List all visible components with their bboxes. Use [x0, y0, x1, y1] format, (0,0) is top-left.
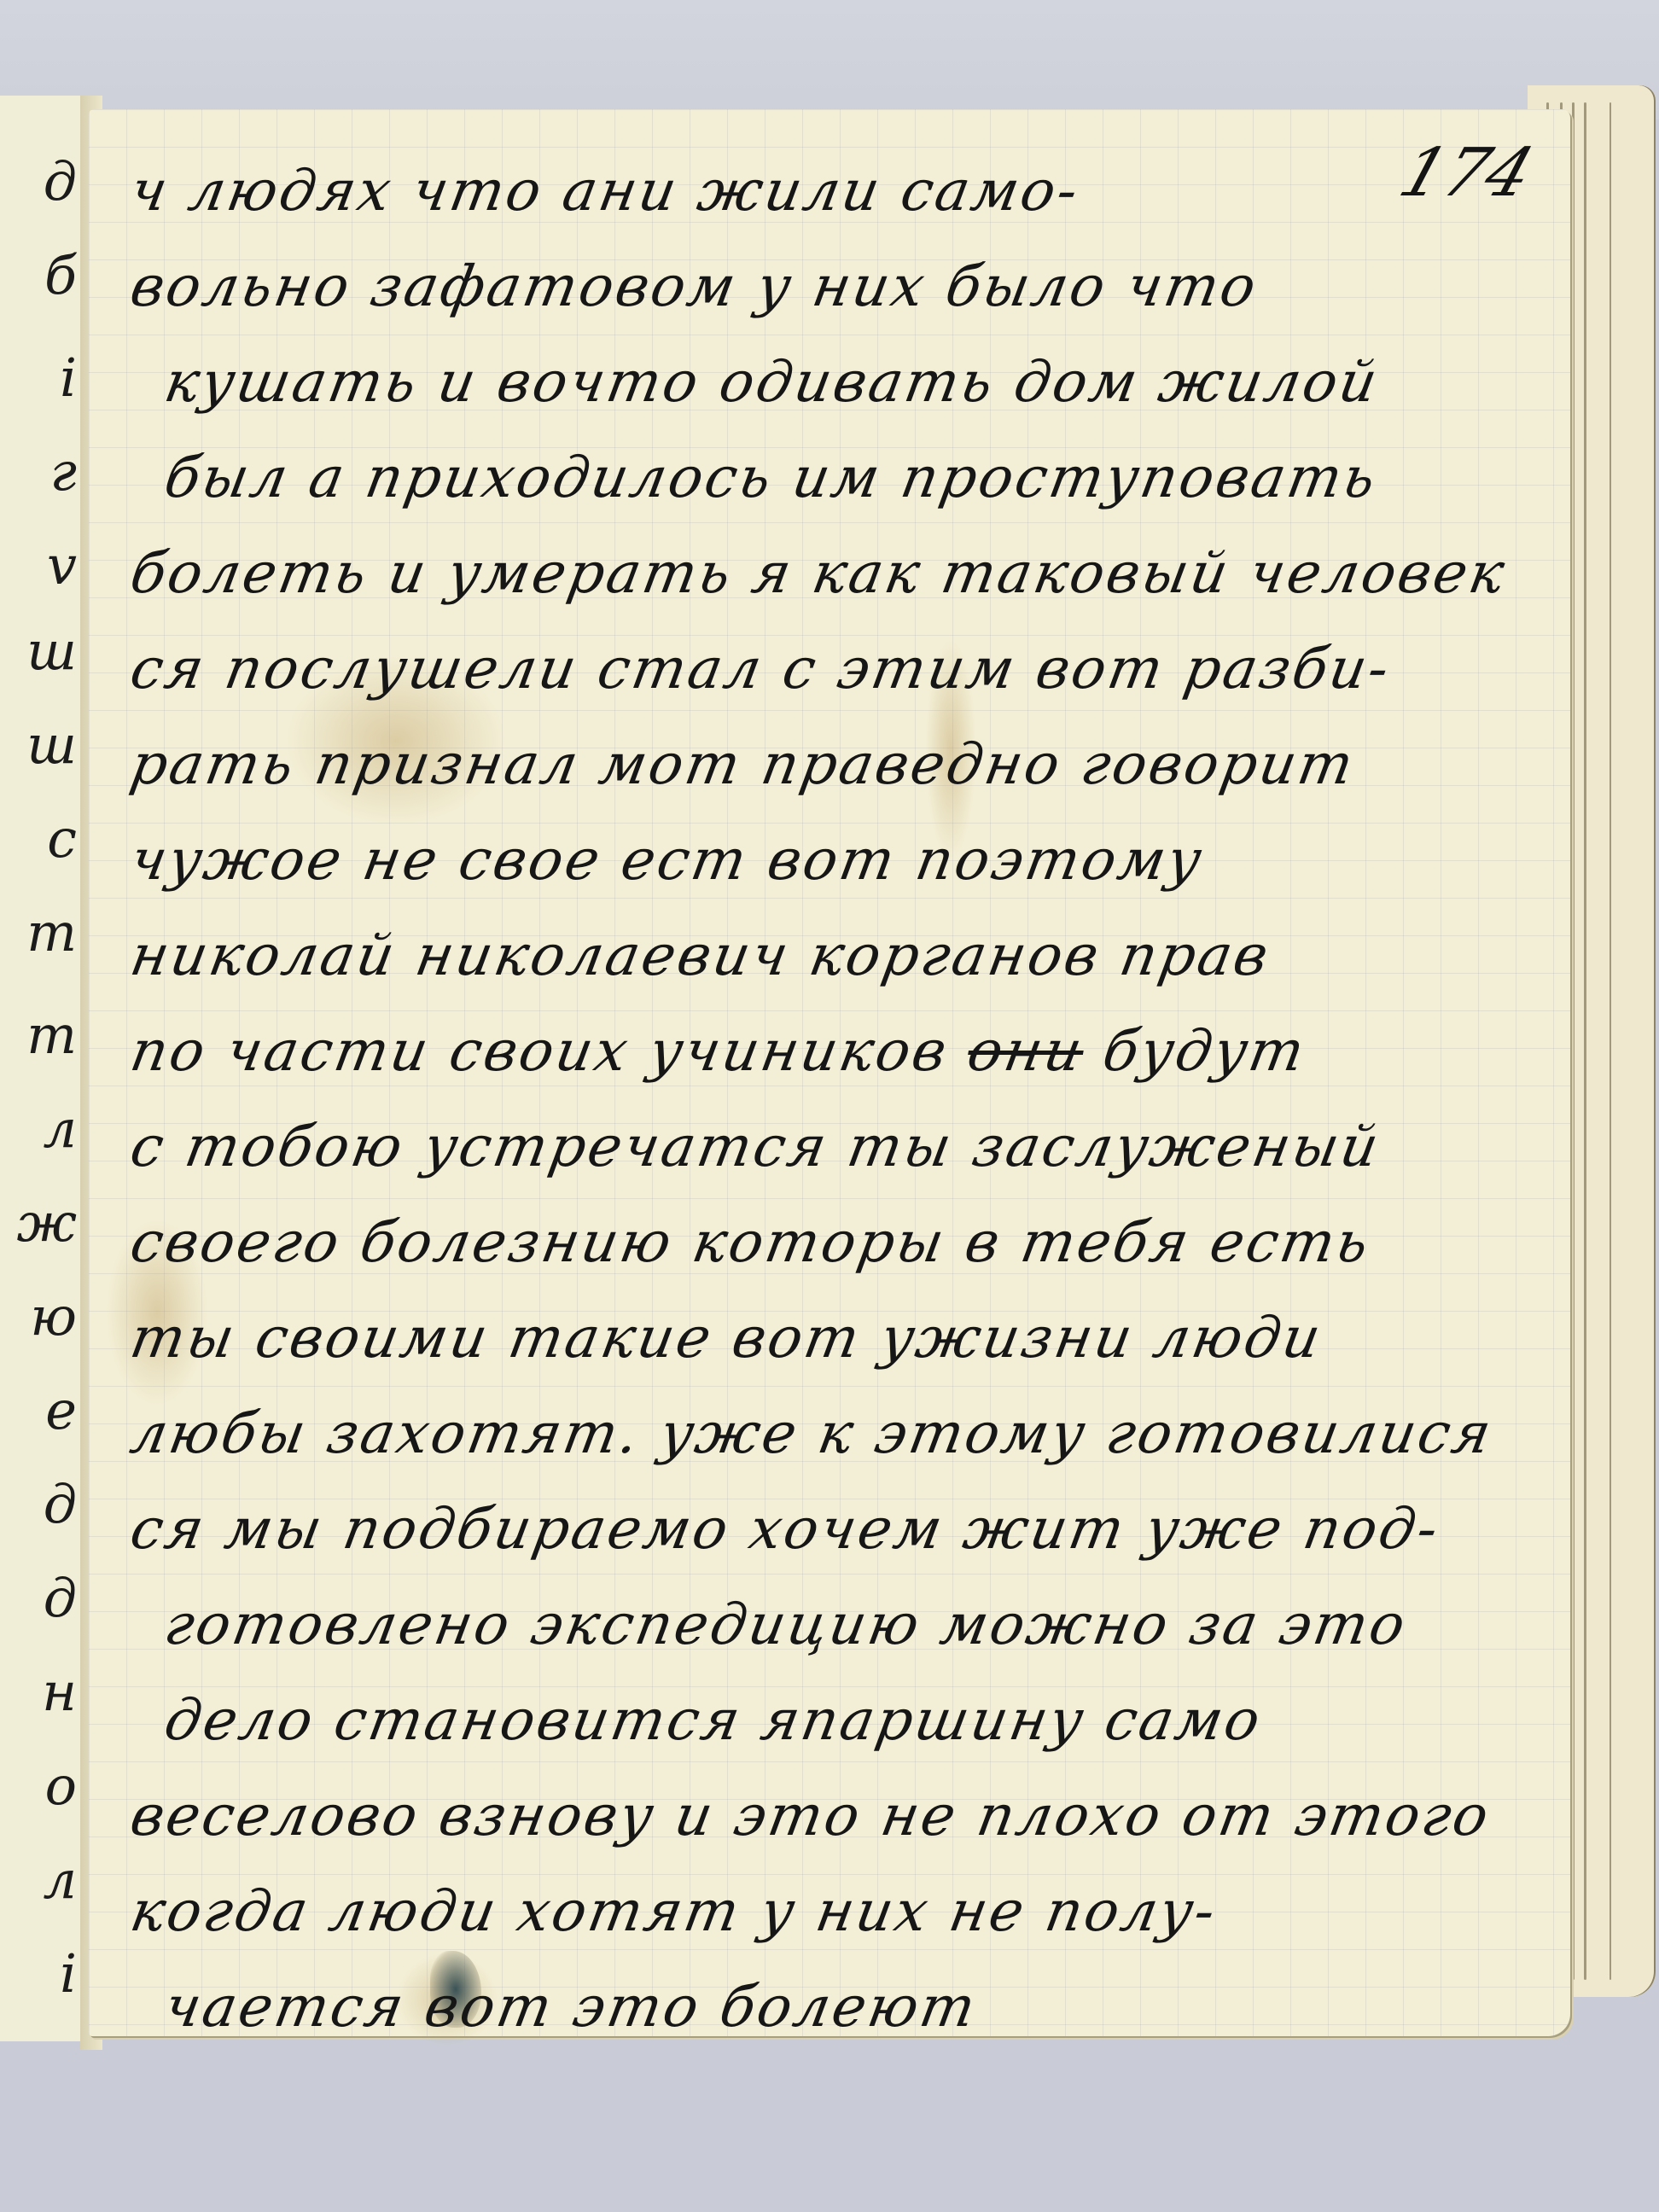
- notebook-page: 174 ч людях что ани жили само- вольно за…: [89, 109, 1570, 2036]
- scan-backdrop: [0, 0, 1659, 119]
- facing-glyph: т: [5, 1009, 77, 1062]
- text-line: веселово взнову и это не плохо от этого: [123, 1768, 1540, 1864]
- text-line: ч людях что ани жили само-: [123, 143, 1540, 239]
- text-line: готовлено экспедицию можно за это: [123, 1577, 1540, 1673]
- facing-glyph: ю: [5, 1290, 77, 1343]
- facing-glyph: і: [5, 1947, 77, 2000]
- text-line: ты своими такие вот ужизни люди: [123, 1290, 1540, 1386]
- facing-glyph: і: [5, 352, 77, 405]
- text-line: дело становится япаршину само: [123, 1673, 1540, 1768]
- handwritten-text: ч людях что ани жили само- вольно зафато…: [131, 143, 1531, 2055]
- text-line: кушать и вочто одивать дом жилой: [123, 335, 1540, 430]
- facing-page-margin: д б і г v ш ш с т т л ж ю е д д н о л і: [0, 96, 84, 2041]
- facing-glyph: л: [5, 1103, 77, 1155]
- text-line: вольно зафатовом у них было что: [123, 239, 1540, 335]
- text-line: своего болезнию которы в тебя есть: [123, 1195, 1540, 1290]
- facing-glyph: л: [5, 1854, 77, 1906]
- facing-glyph: о: [5, 1760, 77, 1813]
- text-line: с тобою устречатся ты заслуженый: [123, 1099, 1540, 1195]
- facing-glyph: ж: [5, 1196, 77, 1249]
- facing-glyph: с: [5, 812, 77, 865]
- facing-glyph: е: [5, 1384, 77, 1437]
- text-line: любы захотят. уже к этому готовилися: [123, 1386, 1540, 1481]
- facing-glyph: д: [5, 1572, 77, 1625]
- facing-glyph: б: [5, 249, 77, 302]
- text-line: рать признал мот праведно говорит: [123, 717, 1540, 812]
- text-line-with-strikethrough: по части своих учиников они будут: [123, 1004, 1540, 1099]
- text-line: чается вот это болеют: [123, 1959, 1540, 2055]
- text-line: николай николаевич корганов прав: [123, 908, 1540, 1004]
- facing-glyph: г: [5, 445, 77, 498]
- facing-glyph: д: [5, 1478, 77, 1531]
- page-edge-line: [1584, 102, 1586, 1980]
- facing-glyph: т: [5, 906, 77, 959]
- text-line: был а приходилось им проступовать: [123, 430, 1540, 526]
- facing-glyph: ш: [5, 719, 77, 771]
- text-line: ся мы подбираемо хочем жит уже под-: [123, 1481, 1540, 1577]
- facing-glyph: ш: [5, 625, 77, 678]
- facing-glyph: д: [5, 155, 77, 208]
- struck-word: они: [963, 1018, 1089, 1084]
- facing-glyph: н: [5, 1666, 77, 1719]
- page-edge-line: [1610, 102, 1611, 1980]
- page-edge-line: [1572, 102, 1575, 1980]
- text-line: когда люди хотят у них не полу-: [123, 1864, 1540, 1959]
- text-line: чужое не свое ест вот поэтому: [123, 812, 1540, 908]
- text-line: ся послушели стал с этим вот разби-: [123, 621, 1540, 717]
- facing-glyph: v: [5, 539, 77, 592]
- text-line: болеть и умерать я как таковый человек: [123, 526, 1540, 621]
